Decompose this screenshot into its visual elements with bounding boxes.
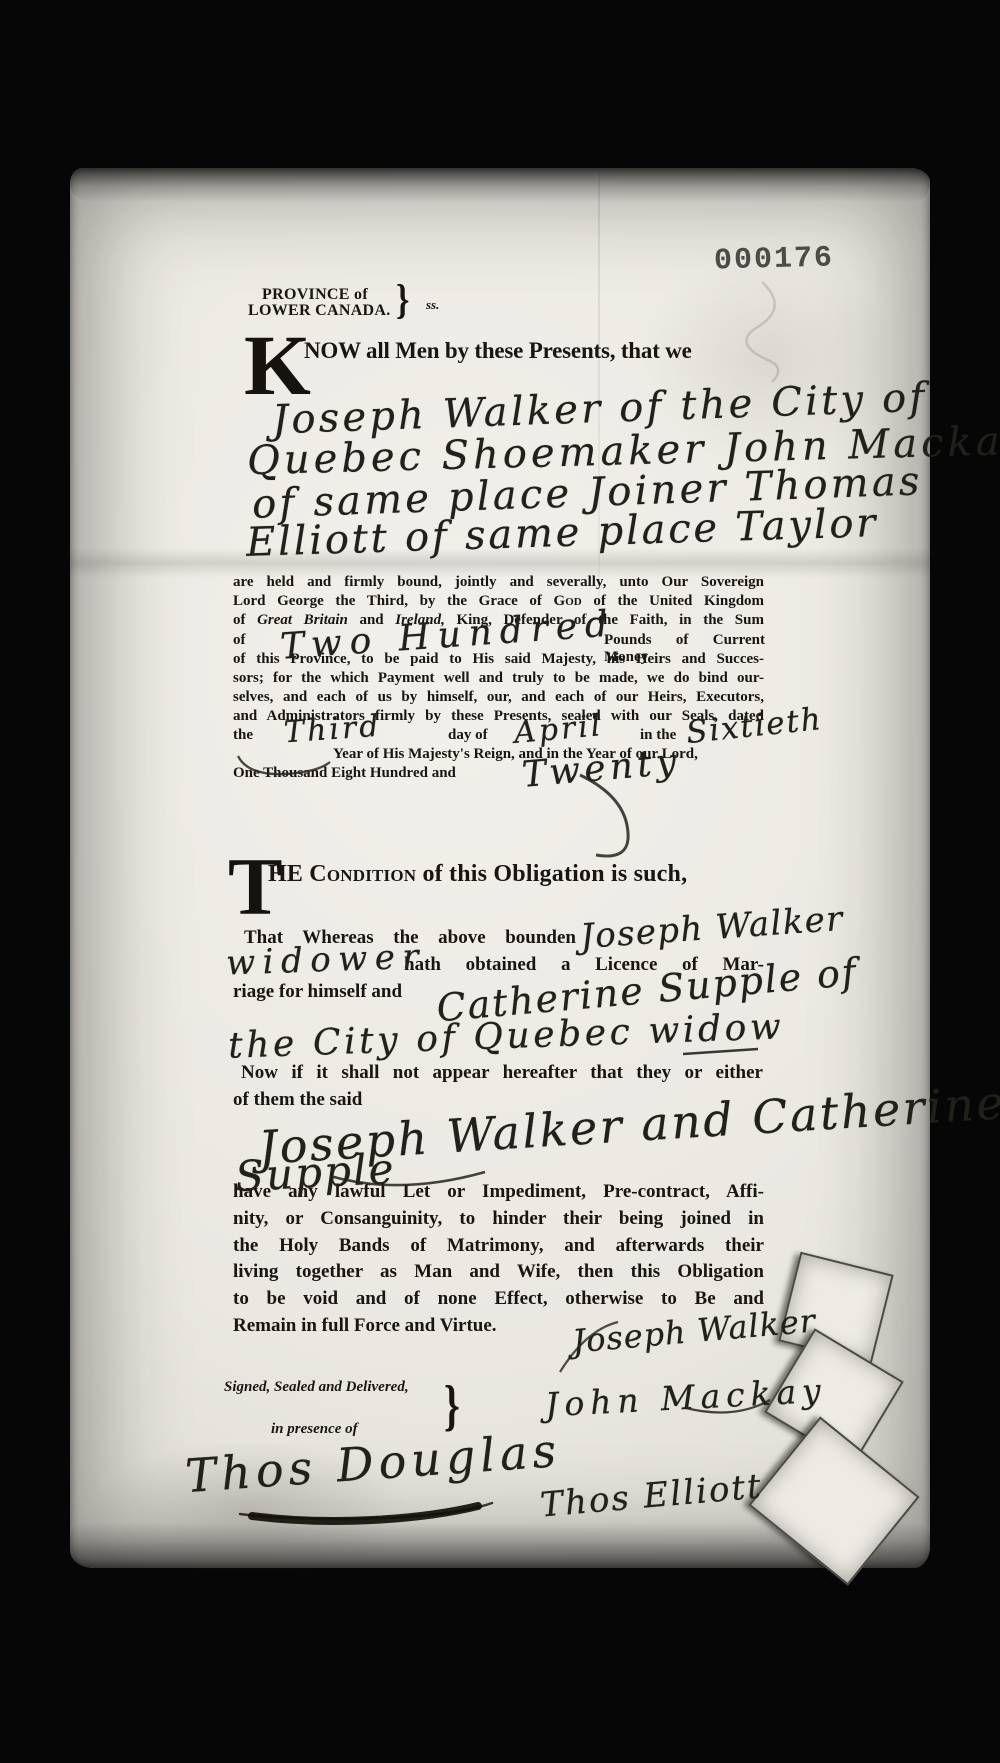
condition-lineN: Remain in full Force and Virtue. xyxy=(233,1315,497,1337)
condition-lineL: living together as Man and Wife, then th… xyxy=(233,1261,764,1283)
date-the-label: the xyxy=(233,727,253,744)
condition-lineC: riage for himself and xyxy=(233,981,402,1003)
condition-lineF: of them the said xyxy=(233,1089,362,1111)
date-day-script: Third xyxy=(283,709,383,751)
dropcap-k: K xyxy=(244,322,311,408)
bond-body-line11: One Thousand Eight Hundred and xyxy=(233,765,456,782)
couple-script-line2: Supple xyxy=(234,1144,397,1201)
condition-lineM: to be void and of none Effect, otherwise… xyxy=(233,1288,764,1310)
header-ss-label: ss. xyxy=(426,297,439,313)
line3-pre: of xyxy=(233,612,246,628)
condition-lineK: the Holy Bands of Matrimony, and afterwa… xyxy=(233,1235,764,1257)
condition-heading: HE Condition of this Obligation is such, xyxy=(268,861,687,888)
condition-lineE: Now if it shall not appear hereafter tha… xyxy=(241,1062,763,1084)
condition-heading-rest: of this Obligation is such, xyxy=(422,861,687,887)
attestation-line2: in presence of xyxy=(271,1421,358,1438)
groom-status-script: widower xyxy=(225,937,426,984)
condition-lineJ: nity, or Consanguinity, to hinder their … xyxy=(233,1208,764,1230)
line2-pre: Lord George the Third, by the Grace of xyxy=(233,593,542,609)
scanned-document-page: { "document": { "stamp_number": "000176"… xyxy=(0,0,1000,1763)
bond-body-line1: are held and firmly bound, jointly and s… xyxy=(233,574,764,591)
condition-heading-word: Condition xyxy=(309,861,416,887)
attestation-brace: } xyxy=(444,1372,460,1438)
sum-of-label: of xyxy=(233,632,246,649)
bond-body-line6: sors; for the which Payment well and tru… xyxy=(233,670,764,687)
header-brace: } xyxy=(396,277,409,325)
bond-heading: NOW all Men by these Presents, that we xyxy=(304,338,692,364)
line2-post: of the United Kingdom xyxy=(593,593,764,609)
bond-body-line2: Lord George the Third, by the Grace of G… xyxy=(233,593,764,610)
province-header: PROVINCE of LOWER CANADA. xyxy=(248,287,382,319)
condition-heading-he: HE xyxy=(268,861,303,887)
province-line1: PROVINCE of xyxy=(248,287,382,303)
stamp-number: 000176 xyxy=(714,241,835,278)
attestation-line1: Signed, Sealed and Delivered, xyxy=(224,1379,409,1396)
bond-body-line7: selves, and each of us by himself, our, … xyxy=(233,689,764,706)
date-dayof-label: day of xyxy=(448,727,488,744)
